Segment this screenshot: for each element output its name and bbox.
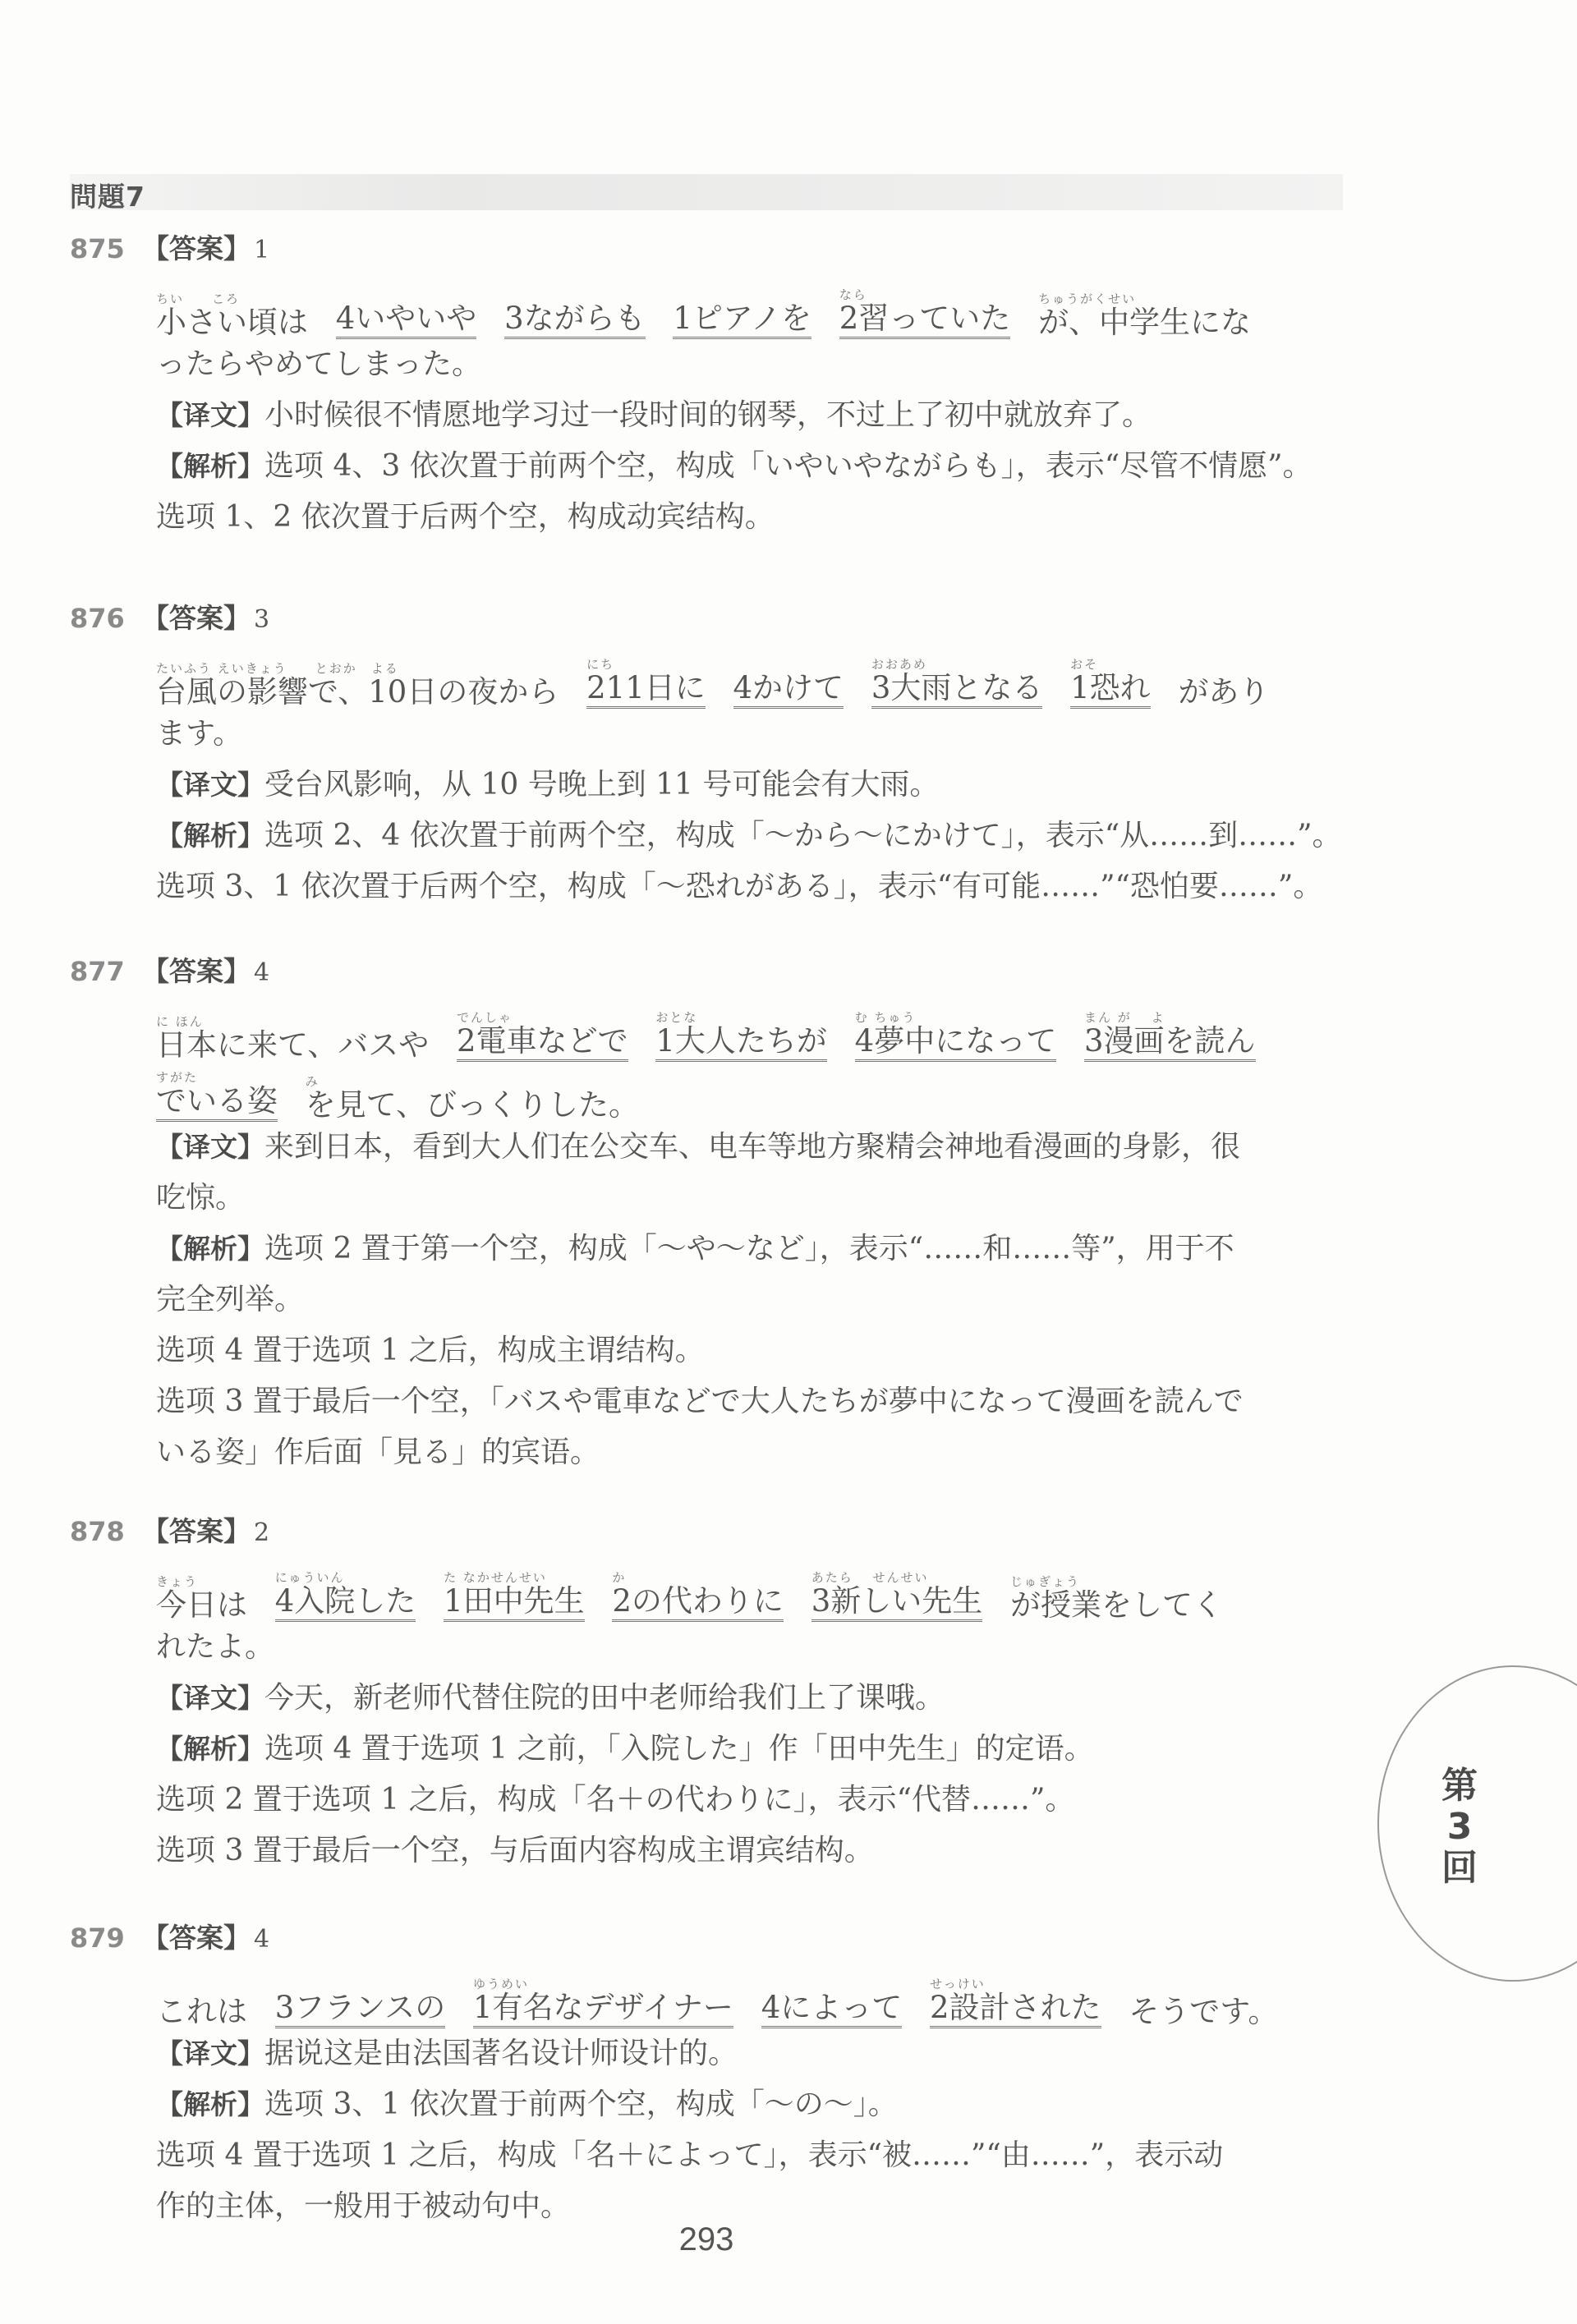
blank-option: 3フランスの — [275, 1977, 445, 2028]
answer-label: 【答案】 — [142, 1515, 251, 1547]
question-number: 877 — [70, 951, 142, 992]
sentence-segment: ちゅうがくせいが、中学生にな — [1038, 292, 1251, 339]
sentence-segment: みを見て、びっくりした。 — [306, 1074, 639, 1122]
blank-option: まん が よ3漫画を読ん — [1084, 1010, 1256, 1062]
translation: 【译文】今天，新老师代替住院的田中老师给我们上了课哦。 — [156, 1673, 1351, 1724]
translation: 【译文】据说这是由法国著名设计师设计的。 — [156, 2028, 1351, 2079]
analysis: 【解析】选项 2 置于第一个空，构成「～や～など」，表示“……和……等”，用于不 — [156, 1224, 1351, 1275]
sentence-segment: これは — [156, 1981, 247, 2028]
answer-label: 【答案】 — [142, 232, 251, 264]
chapter-tab-char: 第 — [1439, 1766, 1480, 1807]
sentence-line: たいふう えいきょう とおか よる台風の影響で、10日の夜から にち211日に … — [156, 657, 1351, 709]
sentence-segment: じゅぎょうが授業をしてく — [1010, 1574, 1223, 1622]
blank-option: た なかせんせい1田中先生 — [444, 1570, 585, 1622]
segment-text: 1有名なデザイナー — [473, 1991, 733, 2028]
segment-text: 3フランスの — [275, 1991, 445, 2028]
segment-text: が授業をしてく — [1010, 1589, 1223, 1622]
translation: 【译文】来到日本，看到大人们在公交车、电车等地方聚精会神地看漫画的身影，很 — [156, 1122, 1351, 1173]
blank-option: 3ながらも — [504, 287, 646, 339]
chapter-tab-char: 3 — [1439, 1807, 1480, 1848]
sentence-segment: に ほん日本に来て、バスや — [156, 1014, 429, 1062]
segment-text: そうです。 — [1129, 1996, 1278, 2028]
segment-text: 1田中先生 — [444, 1585, 585, 1622]
segment-text: を見て、びっくりした。 — [306, 1089, 639, 1122]
sentence-line: ちい ころ小さい頃は 4いやいや 3ながらも 1ピアノを なら2習っていた ちゅ… — [156, 287, 1351, 339]
analysis-line: 作的主体，一般用于被动句中。 — [156, 2181, 1351, 2232]
segment-text: 4夢中になって — [855, 1025, 1057, 1062]
page-number: 293 — [674, 2221, 739, 2258]
translation-text: 受台风影响，从 10 号晚上到 11 号可能会有大雨。 — [264, 768, 939, 801]
blank-option: 4によって — [761, 1977, 903, 2028]
translation-label: 【译文】 — [156, 769, 264, 801]
segment-text: 3ながらも — [504, 302, 646, 339]
segment-text: 3新しい先生 — [811, 1585, 983, 1622]
segment-text: 今日は — [156, 1589, 247, 1622]
question-header: 879【答案】4 — [70, 1918, 1351, 1959]
sentence-line: ったらやめてしまった。 — [156, 339, 1351, 390]
section-header-band — [70, 174, 1343, 210]
segment-text: 3大雨となる — [871, 672, 1043, 709]
blank-option: む ちゅう4夢中になって — [855, 1010, 1057, 1062]
translation-label: 【译文】 — [156, 2037, 264, 2069]
translation: 【译文】小时候很不情愿地学习过一段时间的钢琴，不过上了初中就放弃了。 — [156, 390, 1351, 441]
question-879: 879【答案】4 これは 3フランスの ゆうめい1有名なデザイナー 4によって … — [70, 1918, 1351, 2232]
analysis-label: 【解析】 — [156, 2088, 264, 2120]
blank-option: なら2習っていた — [839, 287, 1011, 339]
answer-label: 【答案】 — [142, 1922, 251, 1954]
analysis-line: 选项 4 置于选项 1 之后，构成主谓结构。 — [156, 1325, 1351, 1376]
analysis: 【解析】选项 4 置于选项 1 之前，「入院した」作「田中先生」的定语。 — [156, 1724, 1351, 1775]
sentence-line: れたよ。 — [156, 1622, 1351, 1673]
question-number: 875 — [70, 228, 142, 269]
question-header: 876【答案】3 — [70, 598, 1351, 639]
analysis-text: 选项 2、4 依次置于前两个空，构成「～から～にかけて」，表示“从……到……”。 — [264, 819, 1342, 852]
question-877: 877【答案】4 に ほん日本に来て、バスや でんしゃ2電車などで おとな1大人… — [70, 951, 1351, 1478]
question-876: 876【答案】3 たいふう えいきょう とおか よる台風の影響で、10日の夜から… — [70, 598, 1351, 912]
analysis-line: 选项 3 置于最后一个空，与后面内容构成主谓宾结构。 — [156, 1826, 1351, 1876]
segment-text: これは — [156, 1996, 247, 2028]
segment-text: 1大人たちが — [655, 1025, 827, 1062]
segment-text: 台風の影響で、10日の夜から — [156, 676, 559, 709]
segment-text: 1恐れ — [1070, 672, 1151, 709]
blank-option: にち211日に — [586, 657, 706, 709]
analysis-line: 选项 4 置于选项 1 之后，构成「名＋によって」，表示“被……”“由……”，表… — [156, 2130, 1351, 2181]
answer-value: 2 — [254, 1518, 269, 1547]
blank-option: でんしゃ2電車などで — [457, 1010, 628, 1062]
blank-option: あたら せんせい3新しい先生 — [811, 1570, 983, 1622]
question-878: 878【答案】2 きょう今日は にゅういん4入院した た なかせんせい1田中先生… — [70, 1511, 1351, 1876]
section-title: 問題7 — [70, 176, 145, 214]
blank-option: にゅういん4入院した — [275, 1570, 416, 1622]
segment-text: があり — [1178, 676, 1269, 709]
segment-text: 日本に来て、バスや — [156, 1029, 429, 1062]
blank-option: 1ピアノを — [673, 287, 811, 339]
sentence-line: ます。 — [156, 709, 1351, 760]
answer-value: 4 — [254, 958, 269, 987]
segment-text: 211日に — [586, 672, 706, 709]
answer-label: 【答案】 — [142, 602, 251, 634]
segment-text: 4によって — [761, 1991, 903, 2028]
chapter-tab-label: 第 3 回 — [1439, 1766, 1480, 1889]
segment-text: でいる姿 — [156, 1085, 278, 1122]
sentence-line: これは 3フランスの ゆうめい1有名なデザイナー 4によって せっけい2設計され… — [156, 1977, 1351, 2028]
sentence-segment: たいふう えいきょう とおか よる台風の影響で、10日の夜から — [156, 661, 559, 709]
analysis: 【解析】选项 4、3 依次置于前两个空，构成「いやいやながらも」，表示“尽管不情… — [156, 441, 1351, 492]
answer-value: 1 — [254, 236, 269, 264]
analysis-line: 选项 1、2 依次置于后两个空，构成动宾结构。 — [156, 492, 1351, 543]
question-number: 876 — [70, 598, 142, 639]
segment-text: 2習っていた — [839, 302, 1011, 339]
segment-text: 小さい頃は — [156, 306, 308, 339]
translation-label: 【译文】 — [156, 399, 264, 431]
analysis-label: 【解析】 — [156, 1233, 264, 1265]
blank-option: おとな1大人たちが — [655, 1010, 827, 1062]
question-header: 877【答案】4 — [70, 951, 1351, 992]
translation-text: 来到日本，看到大人们在公交车、电车等地方聚精会神地看漫画的身影，很 — [264, 1130, 1240, 1164]
blank-option: ゆうめい1有名なデザイナー — [473, 1977, 733, 2028]
translation-line: 吃惊。 — [156, 1173, 1351, 1224]
chapter-tab-char: 回 — [1439, 1848, 1480, 1889]
translation-text: 今天，新老师代替住院的田中老师给我们上了课哦。 — [264, 1681, 945, 1715]
analysis-label: 【解析】 — [156, 820, 264, 852]
blank-option: 4いやいや — [336, 287, 477, 339]
question-875: 875【答案】1 ちい ころ小さい頃は 4いやいや 3ながらも 1ピアノを なら… — [70, 228, 1351, 543]
segment-text: 4入院した — [275, 1585, 416, 1622]
translation-text: 小时候很不情愿地学习过一段时间的钢琴，不过上了初中就放弃了。 — [264, 398, 1152, 432]
question-number: 879 — [70, 1918, 142, 1959]
blank-option: おおあめ3大雨となる — [871, 657, 1043, 709]
segment-text: 2設計された — [930, 1991, 1101, 2028]
analysis-line: 完全列举。 — [156, 1275, 1351, 1325]
blank-option: か2の代わりに — [612, 1570, 784, 1622]
translation-label: 【译文】 — [156, 1131, 264, 1163]
sentence-segment: そうです。 — [1129, 1981, 1278, 2028]
question-header: 878【答案】2 — [70, 1511, 1351, 1552]
segment-text: 4かけて — [733, 672, 844, 709]
sentence-segment: きょう今日は — [156, 1574, 247, 1622]
sentence-line: きょう今日は にゅういん4入院した た なかせんせい1田中先生 か2の代わりに … — [156, 1570, 1351, 1622]
segment-text: 2電車などで — [457, 1025, 628, 1062]
segment-text: 3漫画を読ん — [1084, 1025, 1256, 1062]
analysis-line: 选项 3 置于最后一个空，「バスや電車などで大人たちが夢中になって漫画を読んで — [156, 1376, 1351, 1427]
sentence-line: に ほん日本に来て、バスや でんしゃ2電車などで おとな1大人たちが む ちゅう… — [156, 1010, 1351, 1062]
blank-option: 4かけて — [733, 657, 844, 709]
analysis-text: 选项 4 置于选项 1 之前，「入院した」作「田中先生」的定语。 — [264, 1732, 1094, 1766]
analysis-line: 选项 2 置于选项 1 之后，构成「名＋の代わりに」，表示“代替……”。 — [156, 1775, 1351, 1826]
analysis-label: 【解析】 — [156, 1733, 264, 1765]
translation-text: 据说这是由法国著名设计师设计的。 — [264, 2037, 738, 2070]
segment-text: が、中学生にな — [1038, 306, 1251, 339]
question-header: 875【答案】1 — [70, 228, 1351, 269]
question-number: 878 — [70, 1511, 142, 1552]
analysis-label: 【解析】 — [156, 450, 264, 482]
analysis-text: 选项 2 置于第一个空，构成「～や～など」，表示“……和……等”，用于不 — [264, 1232, 1234, 1265]
analysis-text: 选项 3、1 依次置于前两个空，构成「～の～」。 — [264, 2087, 898, 2121]
answer-label: 【答案】 — [142, 955, 251, 987]
segment-text: 1ピアノを — [673, 302, 811, 339]
sentence-line: すがたでいる姿 みを見て、びっくりした。 — [156, 1070, 1351, 1122]
segment-text: 2の代わりに — [612, 1585, 784, 1622]
blank-option: すがたでいる姿 — [156, 1070, 278, 1122]
analysis-text: 选项 4、3 依次置于前两个空，构成「いやいやながらも」，表示“尽管不情愿”。 — [264, 449, 1313, 483]
analysis: 【解析】选项 2、4 依次置于前两个空，构成「～から～にかけて」，表示“从……到… — [156, 811, 1351, 861]
sentence-segment: ちい ころ小さい頃は — [156, 292, 308, 339]
analysis-line: いる姿」作后面「見る」的宾语。 — [156, 1427, 1351, 1478]
translation-label: 【译文】 — [156, 1682, 264, 1714]
answer-value: 4 — [254, 1925, 269, 1954]
segment-text: 4いやいや — [336, 302, 477, 339]
sentence-segment: があり — [1178, 661, 1269, 709]
blank-option: おそ1恐れ — [1070, 657, 1151, 709]
analysis-line: 选项 3、1 依次置于后两个空，构成「～恐れがある」，表示“有可能……”“恐怕要… — [156, 861, 1351, 912]
blank-option: せっけい2設計された — [930, 1977, 1101, 2028]
translation: 【译文】受台风影响，从 10 号晚上到 11 号可能会有大雨。 — [156, 760, 1351, 811]
analysis: 【解析】选项 3、1 依次置于前两个空，构成「～の～」。 — [156, 2079, 1351, 2130]
answer-value: 3 — [254, 605, 269, 634]
